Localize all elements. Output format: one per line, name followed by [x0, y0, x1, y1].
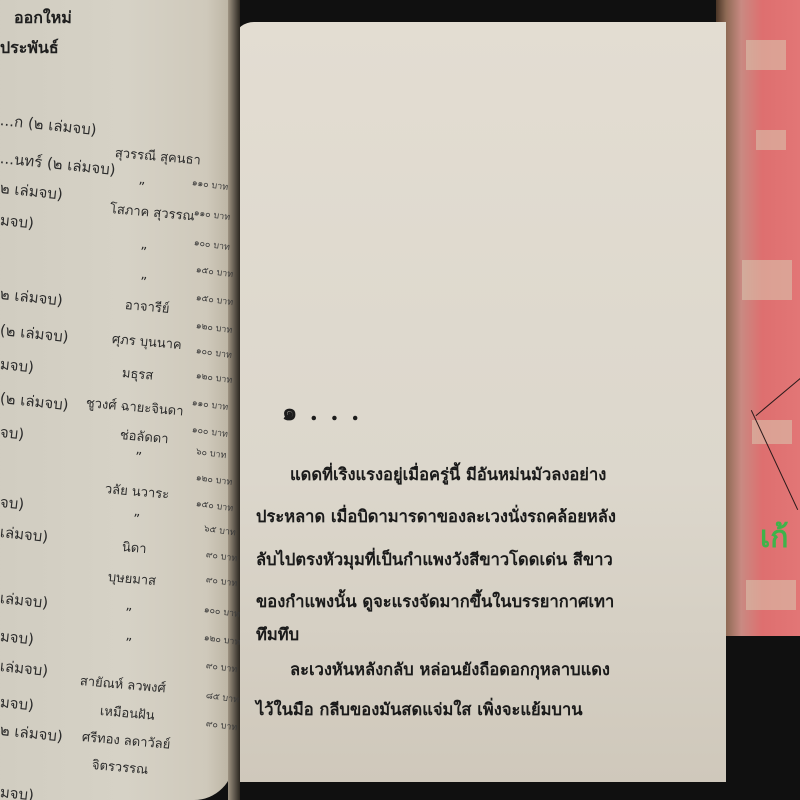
author-name: ช่อลัดดา	[119, 424, 169, 449]
author-name: ”	[139, 245, 147, 261]
author-name: อาจารีย์	[124, 294, 170, 319]
text-line: ประหลาด เมื่อบิดามารดาของละเวงนั่งรถคล้อ…	[256, 504, 616, 530]
text-line: ทึมทึบ	[256, 622, 299, 648]
book-title: เล่มจบ)	[0, 654, 49, 683]
text-line: แดดที่เริงแรงอยู่เมื่อครู่นี้ มีอันหม่นม…	[290, 462, 606, 488]
text-line: ละเวงหันหลังกลับ หล่อนยังถือดอกกุหลาบแดง	[290, 657, 610, 683]
book-title: มจบ)	[0, 624, 35, 651]
text-line: ลับไปตรงหัวมุมที่เป็นกำแพงวังสีขาวโดดเด่…	[256, 547, 613, 573]
book-gutter	[228, 0, 240, 800]
text-line: ของกำแพงนั้น ดูจะแรงจัดมากขึ้นในบรรยากาศ…	[256, 589, 614, 615]
book-title: จบ)	[0, 420, 25, 446]
book-title: เล่มจบ)	[0, 520, 49, 549]
author-name: บุษยมาส	[107, 566, 157, 591]
author-name: ”	[132, 512, 140, 528]
book-title: จบ)	[0, 490, 25, 516]
book-title: มจบ)	[0, 690, 35, 717]
author-name: ”	[139, 275, 147, 291]
red-book-cover: เก้	[716, 0, 800, 636]
book-title: มจบ)	[0, 352, 35, 379]
author-name: มธุรส	[121, 362, 154, 386]
list-header: ออกใหม่	[14, 6, 72, 31]
text-line: ไว้ในมือ กลีบของมันสดแจ่มใส เพิ่งจะแย้มบ…	[256, 697, 583, 723]
book-title: เล่มจบ)	[0, 586, 49, 615]
list-header: ประพันธ์	[0, 36, 59, 61]
cover-title: เก้	[760, 514, 788, 561]
author-name: ”	[137, 180, 145, 196]
book-title: มจบ)	[0, 208, 35, 235]
author-name: นิดา	[121, 536, 147, 559]
book-title: มจบ)	[0, 780, 35, 800]
author-name: ”	[124, 636, 132, 652]
author-name: ”	[124, 606, 132, 622]
chapter-marker: ๑ . . .	[282, 392, 361, 431]
author-name: ”	[134, 450, 142, 466]
